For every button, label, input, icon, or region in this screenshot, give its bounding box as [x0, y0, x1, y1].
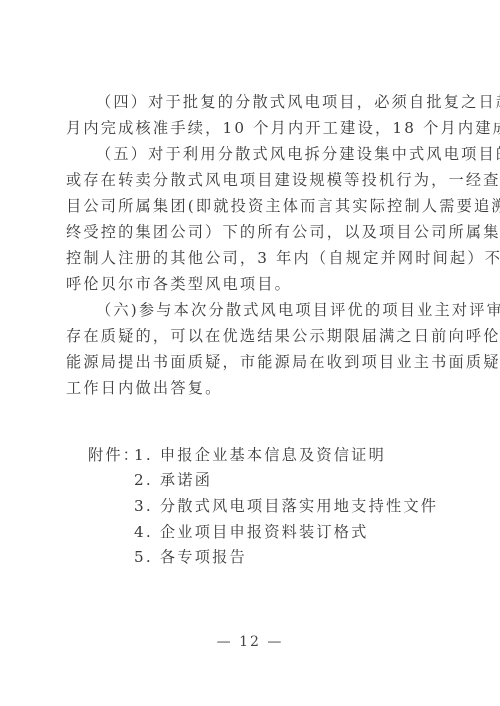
attachment-item-3: 3. 分散式风电项目落实用地支持性文件: [134, 497, 500, 515]
paragraph-6-line-1: （六)参与本次分散式风电项目评优的项目业主对评审结果: [96, 301, 466, 319]
paragraph-5-line-3: 目公司所属集团(即就投资主体而言其实际控制人需要追溯到最: [66, 197, 436, 215]
paragraph-4-line-1: （四）对于批复的分散式风电项目，必须自批复之日起 4 个: [96, 93, 466, 111]
document-page: （四）对于批复的分散式风电项目，必须自批复之日起 4 个 月内完成核准手续，10…: [0, 0, 500, 706]
paragraph-6-line-4: 工作日内做出答复。: [66, 379, 436, 397]
paragraph-6-line-2: 存在质疑的，可以在优选结果公示期限届满之日前向呼伦贝尔市: [66, 327, 436, 345]
paragraph-5-line-6: 呼伦贝尔市各类型风电项目。: [66, 275, 436, 293]
paragraph-4-line-2: 月内完成核准手续，10 个月内开工建设，18 个月内建成。: [66, 119, 436, 137]
paragraph-5-line-4: 终受控的集团公司）下的所有公司，以及项目公司所属集团实际: [66, 223, 436, 241]
attachment-item-4: 4. 企业项目申报资料装订格式: [134, 523, 500, 541]
page-number: — 12 —: [0, 634, 500, 650]
paragraph-5-line-5: 控制人注册的其他公司，3 年内（自规定并网时间起）不得申报: [66, 249, 436, 267]
paragraph-6-line-3: 能源局提出书面质疑，市能源局在收到项目业主书面质疑后七个: [66, 353, 436, 371]
attachment-item-1: 1. 申报企业基本信息及资信证明: [134, 446, 500, 464]
attachment-item-5: 5. 各专项报告: [134, 548, 500, 566]
paragraph-5-line-1: （五）对于利用分散式风电拆分建设集中式风电项目的情形: [96, 145, 466, 163]
attachment-item-2: 2. 承诺函: [134, 471, 500, 489]
paragraph-5-line-2: 或存在转卖分散式风电项目建设规模等投机行为，一经查实，项: [66, 171, 436, 189]
